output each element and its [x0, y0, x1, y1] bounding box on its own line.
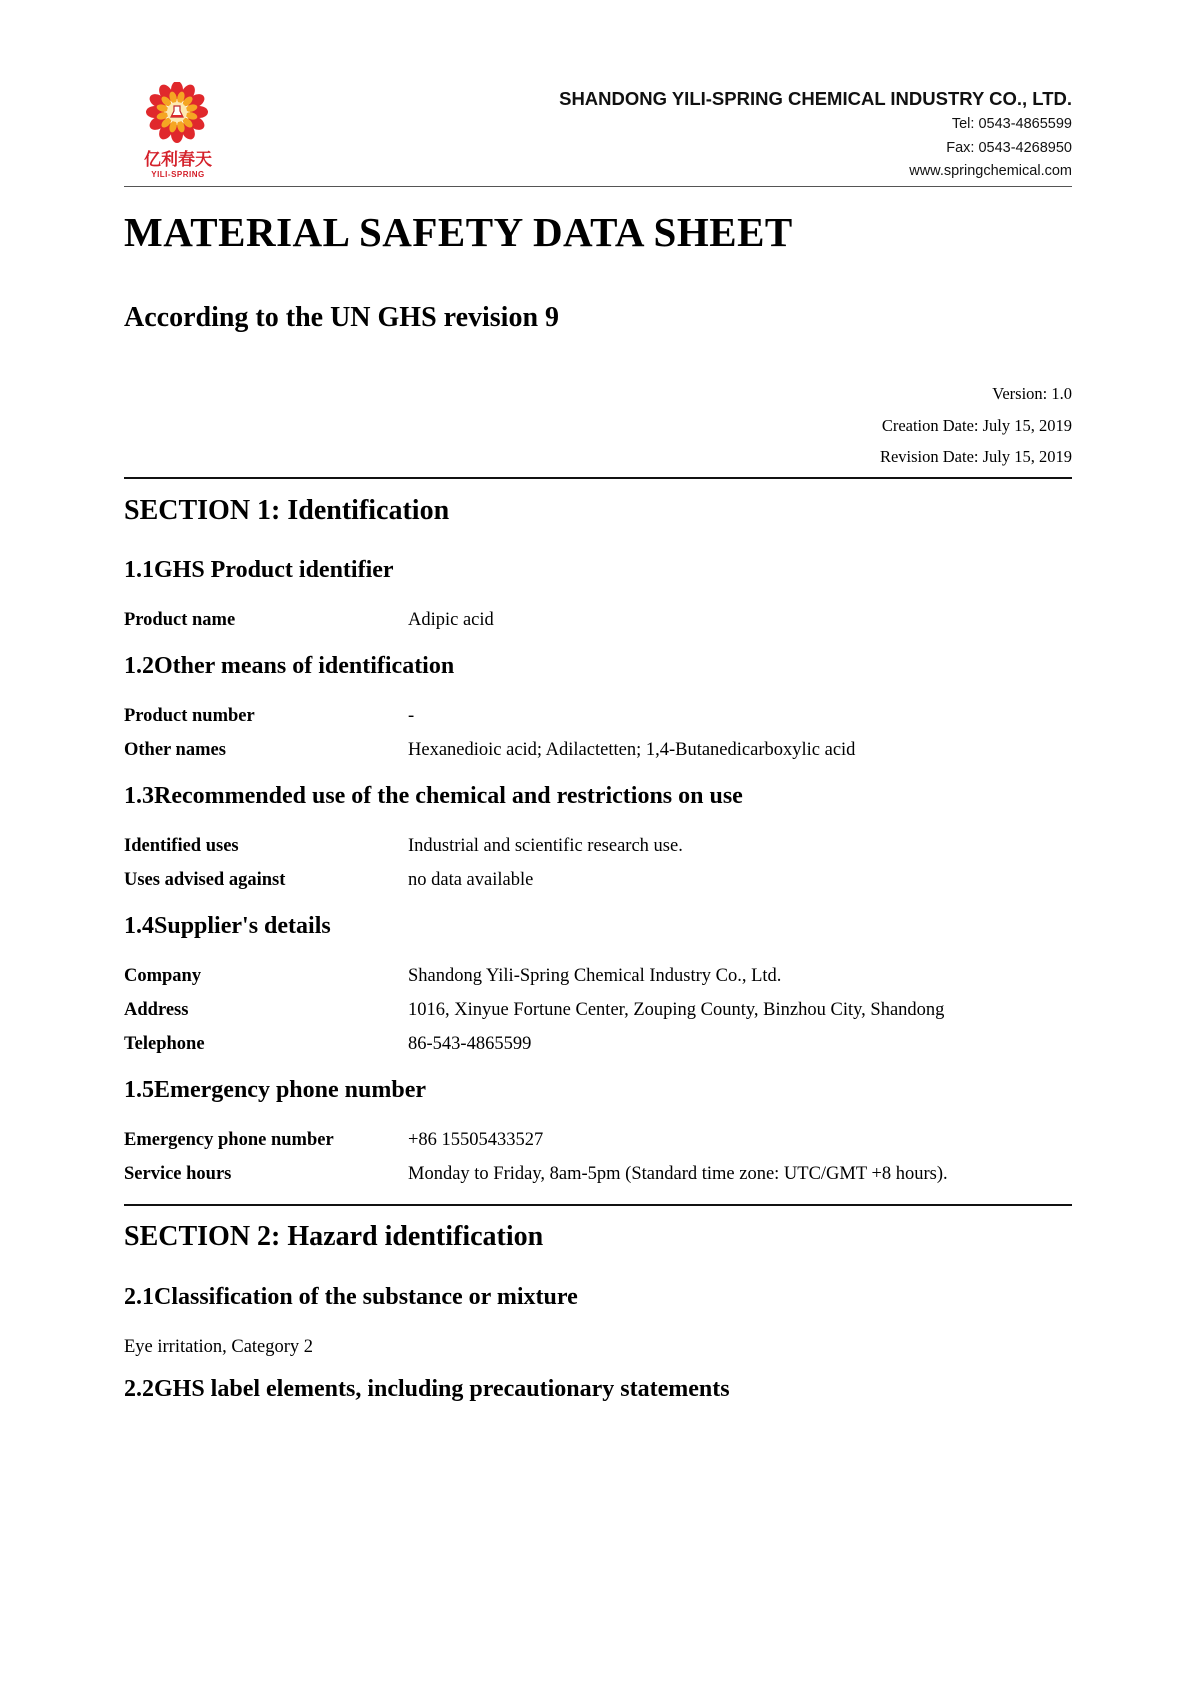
field-label: Company [124, 966, 201, 987]
field-value: 1016, Xinyue Fortune Center, Zouping Cou… [408, 1000, 944, 1021]
section-2-title: SECTION 2: Hazard identification [124, 1221, 543, 1253]
field-label: Service hours [124, 1164, 231, 1185]
field-value: Monday to Friday, 8am-5pm (Standard time… [408, 1164, 948, 1185]
subsection-1-2-title: 1.2Other means of identification [124, 653, 454, 680]
subsection-2-1-title: 2.1Classification of the substance or mi… [124, 1284, 578, 1311]
company-fax: Fax: 0543-4268950 [559, 137, 1072, 161]
field-value: - [408, 706, 414, 727]
field-value: Shandong Yili-Spring Chemical Industry C… [408, 966, 781, 987]
field-label: Identified uses [124, 836, 239, 857]
section-divider [124, 477, 1072, 479]
creation-date: Creation Date: July 15, 2019 [880, 410, 1072, 442]
field-value: no data available [408, 870, 533, 891]
field-label: Product name [124, 610, 235, 631]
document-version: Version: 1.0 [880, 378, 1072, 410]
subsection-1-5-title: 1.5Emergency phone number [124, 1077, 426, 1104]
field-label: Uses advised against [124, 870, 285, 891]
document-subtitle: According to the UN GHS revision 9 [124, 302, 559, 334]
field-label: Emergency phone number [124, 1130, 334, 1151]
classification-text: Eye irritation, Category 2 [124, 1337, 313, 1358]
header-divider [124, 186, 1072, 187]
field-value: Hexanedioic acid; Adilactetten; 1,4-Buta… [408, 740, 855, 761]
document-title: MATERIAL SAFETY DATA SHEET [124, 208, 793, 256]
field-value: 86-543-4865599 [408, 1034, 531, 1055]
section-divider [124, 1204, 1072, 1206]
subsection-1-4-title: 1.4Supplier's details [124, 913, 331, 940]
field-value: Adipic acid [408, 610, 494, 631]
field-label: Product number [124, 706, 255, 727]
logo-chinese-name: 亿利春天 [138, 145, 218, 170]
section-1-title: SECTION 1: Identification [124, 495, 449, 527]
company-contact-block: SHANDONG YILI-SPRING CHEMICAL INDUSTRY C… [559, 88, 1072, 184]
company-tel: Tel: 0543-4865599 [559, 113, 1072, 137]
logo-english-name: YILI-SPRING [138, 170, 218, 179]
sunflower-flask-logo-icon [137, 82, 217, 146]
company-name: SHANDONG YILI-SPRING CHEMICAL INDUSTRY C… [559, 88, 1072, 110]
field-label: Address [124, 1000, 188, 1021]
revision-date: Revision Date: July 15, 2019 [880, 441, 1072, 473]
subsection-1-3-title: 1.3Recommended use of the chemical and r… [124, 783, 743, 810]
field-value: +86 15505433527 [408, 1130, 543, 1151]
subsection-1-1-title: 1.1GHS Product identifier [124, 557, 394, 584]
company-website[interactable]: www.springchemical.com [559, 160, 1072, 184]
field-label: Telephone [124, 1034, 205, 1055]
field-label: Other names [124, 740, 226, 761]
document-meta: Version: 1.0 Creation Date: July 15, 201… [880, 378, 1072, 473]
subsection-2-2-title: 2.2GHS label elements, including precaut… [124, 1376, 730, 1403]
field-value: Industrial and scientific research use. [408, 836, 683, 857]
